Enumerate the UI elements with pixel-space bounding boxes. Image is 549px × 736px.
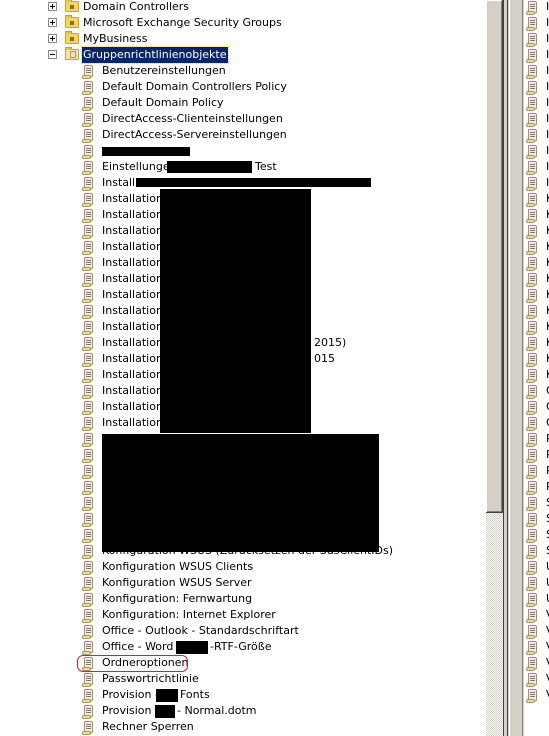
gpo-scroll-icon (526, 368, 539, 383)
gpo-scroll-icon (526, 336, 539, 351)
gpo-scroll-icon (82, 352, 95, 367)
tree-node-gpo[interactable]: Konfiguration WSUS Server (0, 575, 486, 591)
gpo-scroll-icon (526, 432, 539, 447)
tree-node-gpo[interactable]: Benutzereinstellungen (0, 63, 486, 79)
expand-plus-icon[interactable] (48, 34, 57, 43)
tree-node-gpo-container[interactable]: Gruppenrichtlinienobjekte (0, 47, 486, 63)
gpo-scroll-icon (526, 608, 539, 623)
red-highlight-annotation (77, 655, 188, 672)
scrollbar-thumb[interactable] (486, 0, 503, 513)
collapse-minus-icon[interactable] (48, 50, 57, 59)
gpo-label-suffix: -RTF-Größe (209, 639, 272, 655)
gpo-label[interactable]: Installation: (101, 223, 168, 239)
gpo-scroll-icon (82, 272, 95, 287)
gpo-scroll-icon (82, 688, 95, 703)
gpo-scroll-icon (526, 464, 539, 479)
gpo-scroll-icon (526, 272, 539, 287)
gpo-scroll-icon (82, 304, 95, 319)
redaction-block (102, 147, 190, 156)
gpo-label[interactable]: Default Domain Policy (101, 95, 225, 111)
tree-node-gpo[interactable]: Office - Word --RTF-Größe (0, 639, 486, 655)
gpo-scroll-icon (82, 320, 95, 335)
expand-plus-icon[interactable] (48, 2, 57, 11)
gpo-scroll-icon (82, 416, 95, 431)
gpo-scroll-icon (82, 160, 95, 175)
gpo-label[interactable]: DirectAccess-Clienteinstellungen (101, 111, 284, 127)
tree-node-gpo[interactable]: Passwortrichtlinie (0, 671, 486, 687)
gpo-scroll-icon (526, 416, 539, 431)
gpo-scroll-icon (526, 320, 539, 335)
tree-node-gpo-highlighted[interactable]: Ordneroptionen (0, 655, 486, 671)
gpo-scroll-icon (526, 640, 539, 655)
redaction-block (136, 178, 371, 187)
gpo-scroll-icon (526, 672, 539, 687)
tree-node-gpo[interactable]: Office - Outlook - Standardschriftart (0, 623, 486, 639)
tree-vertical-scrollbar[interactable] (486, 0, 503, 736)
ou-folder-icon (65, 1, 79, 12)
gpo-scroll-icon (82, 640, 95, 655)
gpo-label[interactable]: Konfiguration: Fernwartung (101, 591, 253, 607)
gpo-scroll-icon (526, 688, 539, 703)
gpo-scroll-icon (82, 336, 95, 351)
gpo-scroll-icon (526, 0, 539, 15)
gpo-label[interactable]: Install (101, 175, 136, 191)
gpo-scroll-icon (526, 528, 539, 543)
gpo-scroll-icon (82, 608, 95, 623)
gpo-scroll-icon (526, 240, 539, 255)
gpo-label[interactable]: Installation: (101, 351, 168, 367)
gpo-label[interactable]: Konfiguration WSUS Clients (101, 559, 254, 575)
gpo-scroll-icon (526, 48, 539, 63)
gpo-scroll-icon (82, 144, 95, 159)
gpo-scroll-icon (82, 64, 95, 79)
gpo-scroll-icon (82, 512, 95, 527)
gpo-label[interactable]: Installation: (101, 287, 168, 303)
gpo-scroll-icon (526, 32, 539, 47)
gpo-scroll-icon (82, 224, 95, 239)
details-pane: IIIIIIIIIIIIKKKKKKKKKKKKOOOPPPPSSSSUUUVV… (524, 0, 549, 736)
gpo-scroll-icon (526, 304, 539, 319)
gpo-scroll-icon (526, 624, 539, 639)
gpo-label[interactable]: Office - Outlook - Standardschriftart (101, 623, 300, 639)
gpo-scroll-icon (526, 16, 539, 31)
gpo-scroll-icon (82, 96, 95, 111)
tree-node-label-selected[interactable]: Gruppenrichtlinienobjekte (82, 47, 228, 63)
gpo-scroll-icon (526, 112, 539, 127)
tree-node-label[interactable]: Microsoft Exchange Security Groups (82, 15, 283, 31)
gpo-scroll-icon (82, 464, 95, 479)
gpo-scroll-icon (82, 176, 95, 191)
gpo-label[interactable]: Installation: (101, 207, 168, 223)
gpo-scroll-icon (526, 160, 539, 175)
gpo-label[interactable]: DirectAccess-Servereinstellungen (101, 127, 288, 143)
gpo-scroll-icon (82, 720, 95, 735)
gpo-scroll-icon (82, 208, 95, 223)
gpo-label[interactable]: Installation: (101, 271, 168, 287)
gpo-scroll-icon (82, 128, 95, 143)
gpo-scroll-icon (526, 576, 539, 591)
gpo-scroll-icon (82, 624, 95, 639)
redaction-block (102, 434, 379, 552)
gpo-scroll-icon (82, 544, 95, 559)
redaction-block (160, 189, 311, 433)
tree-node-folder[interactable]: MyBusiness (0, 31, 486, 47)
tree-node-label[interactable]: Domain Controllers (82, 0, 190, 15)
gpo-label-suffix: 015 (313, 351, 336, 367)
tree-node-gpo[interactable]: Rechner Sperren (0, 719, 486, 735)
gpo-scroll-icon (526, 480, 539, 495)
gpo-label[interactable]: Installation: (101, 335, 168, 351)
gpo-scroll-icon (526, 592, 539, 607)
redaction-block (167, 161, 252, 173)
gpo-scroll-icon (526, 80, 539, 95)
tree-node-gpo[interactable] (0, 143, 486, 159)
gpo-scroll-icon (526, 400, 539, 415)
tree-node-gpo[interactable]: Provision -Fonts (0, 687, 486, 703)
gpo-label[interactable]: Default Domain Controllers Policy (101, 79, 288, 95)
gpo-scroll-icon (82, 112, 95, 127)
gpo-scroll-icon (82, 400, 95, 415)
tree-node-label[interactable]: MyBusiness (82, 31, 149, 47)
tree-node-folder[interactable]: Domain Controllers (0, 0, 486, 15)
gpo-label[interactable]: Konfiguration WSUS Server (101, 575, 253, 591)
gpo-label[interactable]: Benutzereinstellungen (101, 63, 227, 79)
gpo-scroll-icon (526, 448, 539, 463)
gpo-label[interactable]: Installation: (101, 415, 168, 431)
gpo-scroll-icon (82, 592, 95, 607)
gpo-label[interactable]: Provision - (101, 703, 160, 719)
gpo-scroll-icon (82, 448, 95, 463)
ou-folder-icon (65, 17, 79, 28)
gpo-scroll-icon (526, 560, 539, 575)
gpo-label[interactable]: Installation: (101, 319, 168, 335)
gpo-scroll-icon (526, 352, 539, 367)
redaction-block (156, 689, 178, 702)
tree-node-gpo[interactable]: Provision -- Normal.dotm (0, 703, 486, 719)
tree-node-gpo[interactable]: Default Domain Controllers Policy (0, 79, 486, 95)
tree-node-gpo[interactable]: Konfiguration: Internet Explorer (0, 607, 486, 623)
gpo-scroll-icon (526, 64, 539, 79)
tree-node-gpo[interactable]: Default Domain Policy (0, 95, 486, 111)
redaction-block (155, 705, 175, 718)
gpo-label[interactable]: Passwortrichtlinie (101, 671, 200, 687)
gpo-label[interactable]: Installation: (101, 303, 168, 319)
gpo-label-suffix: Fonts (179, 687, 211, 703)
tree-node-folder[interactable]: Microsoft Exchange Security Groups (0, 15, 486, 31)
gpo-label[interactable]: Installation: (101, 367, 168, 383)
gpo-scroll-icon (82, 80, 95, 95)
gpo-tree-view[interactable]: Domain ControllersMicrosoft Exchange Sec… (0, 0, 486, 736)
gpo-label-suffix: - Normal.dotm (176, 703, 258, 719)
gpo-label[interactable]: Installation: (101, 239, 168, 255)
gpo-scroll-icon (526, 192, 539, 207)
gpo-label[interactable]: Konfiguration: Internet Explorer (101, 607, 277, 623)
gpo-scroll-icon (82, 672, 95, 687)
tree-node-gpo[interactable]: DirectAccess-Clienteinstellungen (0, 111, 486, 127)
gpo-container-folder-icon (65, 49, 79, 60)
gpo-scroll-icon (82, 432, 95, 447)
gpo-scroll-icon (82, 576, 95, 591)
gpo-scroll-icon (526, 544, 539, 559)
gpo-scroll-icon (82, 496, 95, 511)
gpo-scroll-icon (526, 496, 539, 511)
gpo-scroll-icon (526, 656, 539, 671)
gpo-scroll-icon (82, 368, 95, 383)
gpo-scroll-icon (82, 560, 95, 575)
gpo-scroll-icon (526, 96, 539, 111)
gpo-label[interactable]: Rechner Sperren (101, 719, 195, 735)
gpo-label[interactable]: Installation (101, 191, 164, 207)
gpo-scroll-icon (526, 144, 539, 159)
gpo-scroll-icon (526, 256, 539, 271)
gpo-scroll-icon (526, 512, 539, 527)
ou-folder-icon (65, 33, 79, 44)
tree-node-gpo[interactable]: Konfiguration WSUS Clients (0, 559, 486, 575)
pane-splitter[interactable] (503, 0, 524, 736)
gpo-scroll-icon (526, 384, 539, 399)
gpo-label[interactable]: Installation: (101, 399, 168, 415)
gpo-scroll-icon (526, 128, 539, 143)
tree-node-gpo[interactable]: DirectAccess-Servereinstellungen (0, 127, 486, 143)
gpo-label-suffix: 2015) (313, 335, 347, 351)
gpo-scroll-icon (526, 288, 539, 303)
gpo-scroll-icon (526, 224, 539, 239)
gpo-label[interactable]: Installation: (101, 255, 168, 271)
gpo-label[interactable]: Provision - (101, 687, 160, 703)
gpo-scroll-icon (82, 288, 95, 303)
gpo-scroll-icon (82, 528, 95, 543)
gpo-scroll-icon (82, 256, 95, 271)
gpo-label-suffix: Test (254, 159, 278, 175)
gpo-scroll-icon (526, 208, 539, 223)
gpo-scroll-icon (82, 384, 95, 399)
gpo-label[interactable]: Office - Word - (101, 639, 182, 655)
gpo-scroll-icon (526, 176, 539, 191)
gpo-label[interactable]: Installation: (101, 383, 168, 399)
gpo-scroll-icon (82, 192, 95, 207)
tree-node-gpo[interactable]: Konfiguration: Fernwartung (0, 591, 486, 607)
gpo-scroll-icon (82, 480, 95, 495)
expand-plus-icon[interactable] (48, 18, 57, 27)
gpo-scroll-icon (82, 704, 95, 719)
gpo-scroll-icon (82, 240, 95, 255)
redaction-block (176, 641, 208, 654)
